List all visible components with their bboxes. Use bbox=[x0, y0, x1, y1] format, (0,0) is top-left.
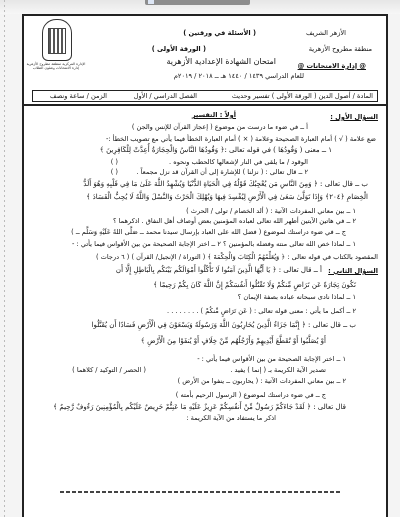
q1-c1: ١ ــ لماذا خص الله تعالى منته وفضله بالم… bbox=[72, 241, 356, 248]
header-region: منطقة مطروح الأزهرية bbox=[309, 46, 372, 53]
q2-c-verse: قال تعالى : ﴿ لَقَدْ جَاءَكُمْ رَسُولٌ م… bbox=[53, 404, 346, 411]
q2-b1-statement: تصدير الآية الكريمة بـ ( إنما ) يفيد . bbox=[230, 367, 326, 374]
q2-c1: اذكر ما يستفاد من الآية الكريمة : bbox=[186, 415, 276, 422]
paper-label: ( الورقة الأولى ) bbox=[152, 46, 206, 53]
q1-b1: ١ ــ بين معاني المفردات الآتية : ( ألد ا… bbox=[186, 208, 356, 215]
viewer-toolbar bbox=[0, 0, 400, 14]
q1-label: السؤال الأول : bbox=[330, 114, 378, 121]
paper-count: ( الأسئلة في ورقتين ) bbox=[183, 30, 256, 37]
exam-title: امتحان الشهادة الإعدادية الأزهرية bbox=[166, 58, 276, 66]
viewer-tab[interactable] bbox=[145, 0, 250, 5]
q2-a1: ١ ــ لماذا نادى سبحانه عباده بصفة الإيما… bbox=[238, 294, 356, 301]
academic-year: للعام الدراسي ١٤٣٩ / ١٤٤٠ هـ ــ ٢٠١٨ / ٢… bbox=[174, 73, 304, 80]
subject: المادة / أصول الدين ( الورقة الأولى ) تف… bbox=[232, 93, 373, 100]
divider bbox=[24, 104, 386, 106]
scan-margin bbox=[4, 0, 5, 517]
logo-caption: الإدارة المركزية منطقة مطروح الأزهرية إد… bbox=[26, 62, 86, 71]
azhar-logo-icon bbox=[42, 19, 72, 61]
q1-c2: المقصود بالكتاب في قوله تعالى : ﴿ وَيُعَ… bbox=[96, 254, 378, 261]
dashed-separator bbox=[60, 491, 340, 493]
header-azhar: الأزهر الشريف bbox=[306, 30, 346, 37]
q1-a-intro: أ ــ في ضوء ما درست من موضوع ( إعجاز الق… bbox=[132, 124, 308, 131]
q1-b2: ٢ ــ في هاتين الآيتين أظهر الله تعالى لع… bbox=[113, 218, 356, 225]
q2-a-verse2: تَكُونَ تِجَارَةً عَن تَرَاضٍ مِّنكُمْ و… bbox=[153, 282, 356, 289]
q1-b-verse1: ب ــ قال تعالى : ﴿ وَمِنَ النَّاسِ مَن ي… bbox=[83, 181, 368, 188]
answer-slot-2[interactable]: ( ) bbox=[111, 169, 118, 176]
q1-item1-b: الوقود / ما يلقى في النار لإشعالها كالحط… bbox=[169, 159, 308, 166]
subject-bar: المادة / أصول الدين ( الورقة الأولى ) تف… bbox=[32, 90, 378, 102]
q1-b-verse2: الْخِصَامِ ﴿٢٠٤﴾ وَإِذَا تَوَلَّىٰ سَعَى… bbox=[86, 194, 368, 201]
q2-a-verse1: أ ــ قال تعالى : ﴿ يَا أَيُّهَا الَّذِين… bbox=[116, 267, 322, 274]
q1-item2: ٢ ــ قال تعالى : ( نزلنا ) للإشارة إلى أ… bbox=[136, 169, 308, 176]
q2-b1-options: ( الحصر / التوكيد / كلاهما ) bbox=[72, 367, 146, 374]
time: الزمن / ساعة ونصف bbox=[50, 93, 107, 100]
q2-c-intro: ج ــ في ضوء دراستك لموضوع ( الرسول الرحي… bbox=[176, 392, 326, 399]
q1-c-intro: ج ــ في ضوء دراستك لموضوع ( فضل الله على… bbox=[71, 229, 346, 236]
exam-page: الإدارة المركزية منطقة مطروح الأزهرية إد… bbox=[22, 14, 388, 517]
answer-slot-1[interactable]: ( ) bbox=[111, 159, 118, 166]
q1-item1: ١ ــ معنى ( وَقُودُهَا ) في قوله تعالى :… bbox=[100, 147, 332, 154]
q2-b1: ١ ــ اختر الإجابة الصحيحة من بين الأقواس… bbox=[197, 356, 346, 363]
q2-b2: ٢ ــ بين معاني المفردات الآتية : ( يحارب… bbox=[178, 378, 346, 385]
q2-label: السؤال الثاني : bbox=[328, 268, 378, 275]
q2-b-verse1: ب ــ قال تعالى : ﴿ إِنَّمَا جَزَاءُ الَّ… bbox=[92, 322, 356, 329]
q1-instruction: ضع علامة ( √ ) أمام العبارة الصحيحة وعلا… bbox=[106, 136, 376, 143]
q2-a2: ٢ ــ أكمل ما يأتي : معنى قوله تعالى : ( … bbox=[167, 308, 356, 315]
document-icon bbox=[148, 0, 154, 4]
header-exams-dept: @ إدارة الامتحانات @ bbox=[298, 63, 366, 70]
term: الفصل الدراسي / الأول bbox=[134, 93, 197, 100]
q2-b-verse2: أَوْ يُصَلَّبُوا أَوْ تُقَطَّعَ أَيْدِيه… bbox=[141, 338, 326, 345]
section-tafsir: أولاً : التفسير bbox=[192, 112, 236, 119]
